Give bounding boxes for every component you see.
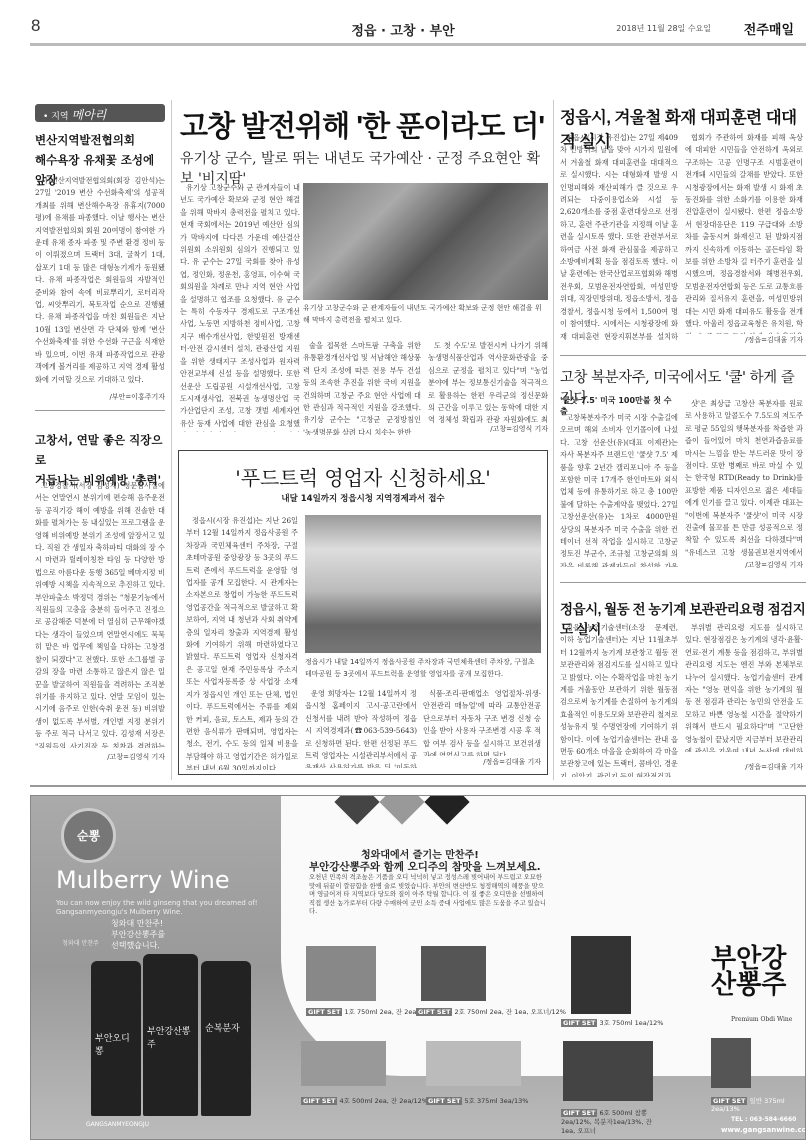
foodtruck-subheadline: 내달 14일까지 정읍시청 지역경제과서 접수 (178, 492, 548, 504)
ad-website: www.gangsanwine.com (721, 1126, 806, 1134)
article-body: 사)변산지역발전협의회(회장 김안석)는 27일 '2019 변산 수선화축제'… (35, 175, 165, 390)
byline: /고창=김영식 기자 (428, 424, 548, 434)
bottle: 부안오디뽕 (91, 961, 141, 1116)
diamond-images (331, 796, 491, 826)
divider (560, 355, 806, 356)
section-badge: • 지역 메아리 (35, 104, 165, 122)
byline: /부안=이홍주기자 (35, 392, 165, 402)
gift-set-3: GIFT SET 3호 750ml 1ea/12% (561, 1018, 663, 1027)
header-divider (30, 43, 806, 46)
ad-divider (30, 785, 806, 787)
article-body: 유기상 고창군수와 군 관계자들이 내년도 국가예산 확보와 군정 현안 해결을… (180, 182, 300, 432)
gift-set-tag: GIFT SET (561, 1019, 597, 1027)
column-rule (171, 100, 172, 780)
byline: /정읍=김대율 기자 (423, 757, 541, 767)
ad-phone: TEL : 063-584-6660 (731, 1116, 796, 1123)
headline-line: 변산지역발전협의회 (35, 130, 165, 150)
gift-set-1: GIFT SET 1호 750ml 2ea, 잔 2ea/16% (306, 1007, 433, 1016)
promo-body: 오천년 민족의 격조높은 기품을 오디 넉넉히 넣고 정성스레 빚어내어 부드럽… (309, 874, 549, 917)
badge-label-big: 메아리 (71, 108, 106, 122)
advertisement: 순뽕 Mulberry Wine You can now enjoy the w… (30, 795, 806, 1140)
article-body: 협회가 주관하여 화재를 피해 옥상에 대피한 시민들을 안전하게 옥외로 구조… (685, 132, 803, 334)
gift-set-image (421, 946, 486, 1001)
ad-english-tagline: You can now enjoy the wild ginseng that … (56, 899, 286, 917)
byline: /정읍=김대율 기자 (685, 762, 803, 772)
newspaper-name: 전주매일 (744, 19, 794, 38)
article-body: 식품·조리·판매업소 영업절차·위생·안전관리 매뉴얼'에 따라 교통안전공단으… (423, 688, 541, 756)
ad-title: Mulberry Wine (56, 866, 230, 894)
byline: /고창=김영식 기자 (35, 752, 165, 762)
gift-set-num: 4호 (340, 1097, 350, 1105)
gift-set-image (426, 1041, 521, 1086)
ad-white-panel (281, 796, 806, 1076)
badge-label-small: 지역 (51, 112, 68, 122)
gift-set-num: 6호 (600, 1109, 610, 1117)
gift-set-num: 2호 (455, 1008, 465, 1016)
article-body: 도 첫 수도'로 발전시켜 나가기 위해 농생명식품산업과 역사문화관광을 중심… (428, 340, 548, 424)
bottle: 부안강산뽕주 (143, 954, 198, 1116)
gift-set-7: GIFT SET 일반 375ml 2ea/13% (711, 1096, 805, 1113)
article-body: 운영 희망자는 12월 14일까지 정읍시청 홈페이지 고시·공고란에서 신청서… (305, 688, 417, 768)
gift-set-image (301, 1041, 386, 1086)
article-body: 고창경찰서(서장 김성재) 청문감사실에서는 연말연시 분위기에 편승해 음주운… (35, 480, 165, 748)
brand-sub: Premium Obdi Wine (731, 1016, 792, 1023)
gift-set-2: GIFT SET 2호 750ml 2ea, 잔 1ea, 오프너/12% (416, 1007, 566, 1016)
article-body: 술을 접목한 스마트팜 구축을 위한 유통환경개선사업 및 서남해안 해상풍력 … (303, 340, 421, 435)
column-rule (553, 100, 554, 780)
issue-date: 2018년 11월 28일 수요일 (616, 23, 711, 34)
gift-set-4: GIFT SET 4호 500ml 2ea, 잔 2ea/12% (301, 1096, 428, 1105)
photo-caption: 정읍시가 내달 14일까지 정읍사공원 주차장과 국민체육센터 주차장, 구절초… (305, 656, 541, 680)
gift-set-desc: 500ml 2ea, 잔 2ea/12% (352, 1097, 428, 1105)
gift-set-image (571, 936, 631, 1014)
gift-set-image (711, 1038, 751, 1088)
gift-set-desc: 375ml 3ea/13% (477, 1097, 528, 1105)
gift-set-tag: GIFT SET (301, 1097, 337, 1105)
gift-set-num: 1호 (345, 1008, 355, 1016)
gift-set-image (563, 1041, 653, 1101)
brand-badge: 순뽕 (61, 808, 116, 863)
promo-headline-2: 부안강산뽕주와 함께 오디주의 참맛을 느껴보세요. (309, 859, 541, 874)
bottle-label: 부안강산뽕주 (143, 954, 198, 1050)
headline-line: 고창서, 연말 좋은 직장으로 (35, 430, 170, 470)
gift-set-tag: GIFT SET (426, 1097, 462, 1105)
article-body: 부위별 관리요령 지도를 실시하고 있다. 현장점검은 농기계의 냉각·윤활·연… (685, 622, 803, 752)
foodtruck-headline: '푸드트럭 영업자 신청하세요' (178, 462, 548, 491)
byline: /고창=김영식 기자 (685, 560, 803, 570)
photo-caption: 유기상 고창군수와 군 관계자들이 내년도 국가예산 확보와 군정 현안 해결을… (303, 302, 548, 326)
gift-set-desc: 750ml 2ea, 잔 1ea, 오프너/12% (467, 1008, 566, 1016)
foodtruck-photo (305, 515, 541, 653)
byline: /정읍=김대율 기자 (685, 335, 803, 345)
article-body: 정읍시농업기술센터(소장 문제련, 이하 농업기술센터)는 지난 11월초부터 … (560, 622, 678, 777)
main-headline: 고창 발전위해 '한 푼이라도 더' (180, 104, 550, 145)
divider (35, 410, 165, 411)
gift-set-num: 일반 (750, 1097, 763, 1105)
article-body: 샷'은 최상급 고창산 복분자를 원료로 사용하고 알콜도수 7.5도의 저도주… (685, 398, 803, 558)
gift-set-num: 5호 (465, 1097, 475, 1105)
gift-set-tag: GIFT SET (561, 1109, 597, 1117)
bottle-label: 부안오디뽕 (91, 961, 141, 1057)
gift-set-6: GIFT SET 6호 500ml 참뽕2ea/12%, 복분자1ea/13%,… (561, 1108, 661, 1135)
blue-house-logo: 청와대 만찬주 (53, 916, 108, 947)
bottle: 순복분자 (201, 961, 251, 1116)
bottle-label: 순복분자 (201, 961, 251, 1034)
gift-set-image (306, 946, 376, 1001)
brand-logo: 부안강산뽕주 (711, 946, 801, 998)
article-body: 정읍시(시장 유진섭)는 지난 26일부터 12월 14일까지 정읍사공원 주차… (186, 515, 298, 770)
gift-set-desc: 750ml 1ea/12% (612, 1019, 663, 1027)
company-name: GANGSANMYEONGJU (86, 1121, 149, 1128)
divider (560, 582, 806, 583)
gift-set-5: GIFT SET 5호 375ml 3ea/13% (426, 1096, 528, 1105)
article-body: 고창복분자주가 미국 시장 수출길에 오르며 해외 소비자 인기몰이에 나섰다.… (560, 412, 678, 567)
gift-set-tag: GIFT SET (711, 1097, 747, 1105)
gift-set-tag: GIFT SET (306, 1008, 342, 1016)
article-body: 정읍시(시장 유진섭)는 27일 제409차 민방위의 날을 맞아 시가지 일원… (560, 132, 678, 344)
bullet-icon: • (43, 112, 48, 122)
gift-set-tag: GIFT SET (416, 1008, 452, 1016)
ad-korean-tagline: 청와대 만찬주! 부안강산뽕주를 선택했습니다. (111, 918, 171, 951)
gift-set-num: 3호 (600, 1019, 610, 1027)
article-photo (303, 183, 548, 300)
